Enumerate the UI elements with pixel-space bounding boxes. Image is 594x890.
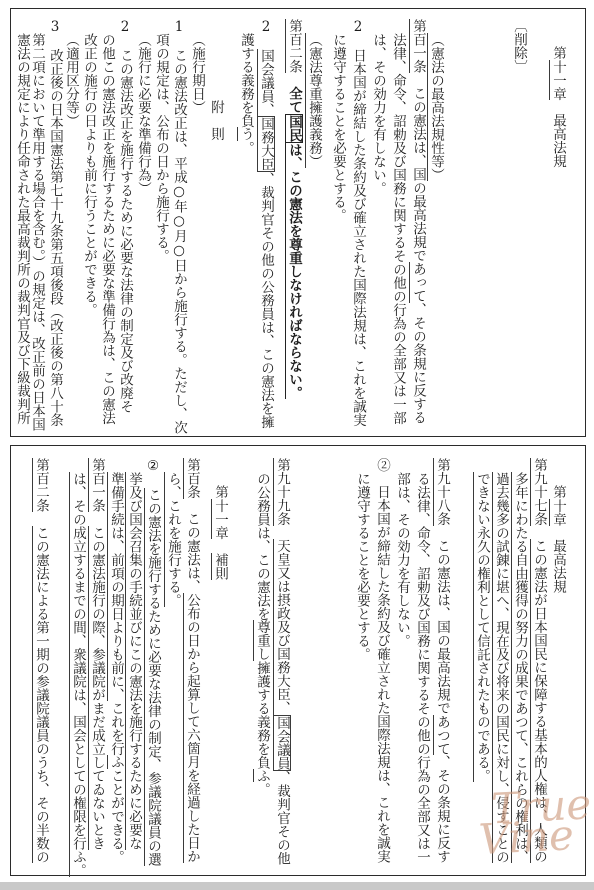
text-column: ② この憲法を施行するために必要な法律の制定、参議院議員の選: [145, 446, 161, 875]
draft-page-panel: 第十一章 最高法規〔削除〕（憲法の最高法規性等）第百一条 この憲法は、国の最高法…: [10, 8, 586, 437]
text-column: 第二項において準用する場合を含む。）の規定は、改正前の日本国: [29, 9, 45, 436]
text-column: 憲法の規定により任命された最高裁判所の裁判官及び下級裁判所: [14, 9, 30, 436]
text-column: できない永久の権利として信託されたものである。: [474, 446, 490, 875]
text-column: 2 国会議員、国務大臣、裁判官その他の公務員は、この憲法を擁: [258, 9, 274, 436]
text-column: 第九十七条 この憲法が日本国民に保障する基本的人権は、人類の: [531, 446, 547, 875]
text-column: ら、これを施行する。: [165, 446, 181, 875]
text-column: 準備手続は、前項の期日よりも前に、これを行ふことができる。: [108, 446, 124, 875]
text-column: （施行に必要な準備行為）: [135, 9, 151, 436]
text-column: 第百一条 この憲法は、国の最高法規であって、その条規に反する: [410, 9, 426, 436]
text-column: 〔削除〕: [511, 9, 527, 436]
page-edge-strip: [0, 882, 594, 890]
text-column: （適用区分等）: [63, 9, 79, 436]
text-column: 2 この憲法改正を施行するために必要な法律の制定及び改廃そ: [117, 9, 133, 436]
text-column: 法律、命令、詔勅及び国務に関するその他の行為の全部又は一部: [390, 9, 406, 436]
text-column: 多年にわたる自由獲得の努力の成果であつて、これらの権利は、: [512, 446, 528, 875]
text-column: ② 日本国が締結した条約及び確立された国際法規は、これを誠実: [374, 446, 390, 875]
page: { "watermark": { "line1": "True", "line2…: [0, 0, 594, 890]
text-column: （憲法の最高法規性等）: [428, 9, 444, 436]
text-column: 第百二条 この憲法による第一期の参議院議員のうち、その半数の: [33, 446, 49, 875]
text-column: （憲法尊重擁護義務）: [306, 9, 322, 436]
text-column: 第百二条 全て国民は、この憲法を尊重しなければならない。: [286, 9, 302, 436]
text-column: 附 則: [208, 9, 224, 436]
text-column: 部は、その効力を有しない。: [394, 446, 410, 875]
text-column: 護する義務を負う。: [238, 9, 254, 436]
text-column: に遵守することを必要とする。: [330, 9, 346, 436]
text-column: は、その成立するまでの間、衆議院は、国会としての権限を行ふ。: [70, 446, 86, 875]
text-column: 1 この憲法改正は、平成○年○月○日から施行する。ただし、次: [171, 9, 187, 436]
text-column: 第百条 この憲法は、公布の日から起算して六箇月を経過した日か: [184, 446, 200, 875]
text-column: の他この憲法改正を施行するために必要な準備行為は、この憲法: [99, 9, 115, 436]
text-column: 第十一章 補則: [212, 446, 228, 875]
text-column: 第十一章 最高法規: [550, 9, 566, 436]
text-column: 第十章 最高法規: [550, 446, 566, 875]
current-law-page-panel: 第十章 最高法規第九十七条 この憲法が日本国民に保障する基本的人権は、人類の多年…: [10, 445, 586, 876]
text-column: 2 日本国が締結した条約及び確立された国際法規は、これを誠実: [350, 9, 366, 436]
text-column: 第九十八条 この憲法は、国の最高法規であつて、その条規に反す: [434, 446, 450, 875]
text-column: 3 改正後の日本国憲法第七十九条第五項後段（改正後の第八十条: [47, 9, 63, 436]
text-column: る法律、命令、詔勅及び国務に関するその他の行為の全部又は一: [414, 446, 430, 875]
text-column: （施行期日）: [189, 9, 205, 436]
text-column: は、その効力を有しない。: [370, 9, 386, 436]
text-column: 項の規定は、公布の日から施行する。: [153, 9, 169, 436]
text-column: 挙及び国会召集の手続並びにこの憲法を施行するために必要な: [126, 446, 142, 875]
text-column: 第百一条 この憲法施行の際、参議院がまだ成立してゐないとき: [89, 446, 105, 875]
text-column: の公務員は、この憲法を尊重し擁護する義務を負ふ。: [254, 446, 270, 875]
text-column: に遵守することを必要とする。: [354, 446, 370, 875]
text-column: 第九十九条 天皇又は摂政及び国務大臣、国会議員、裁判官その他: [274, 446, 290, 875]
text-column: 改正の施行の日よりも前に行うことができる。: [81, 9, 97, 436]
text-column: 過去幾多の試錬に堪へ、現在及び将来の国民に対し、侵すことの: [493, 446, 509, 875]
